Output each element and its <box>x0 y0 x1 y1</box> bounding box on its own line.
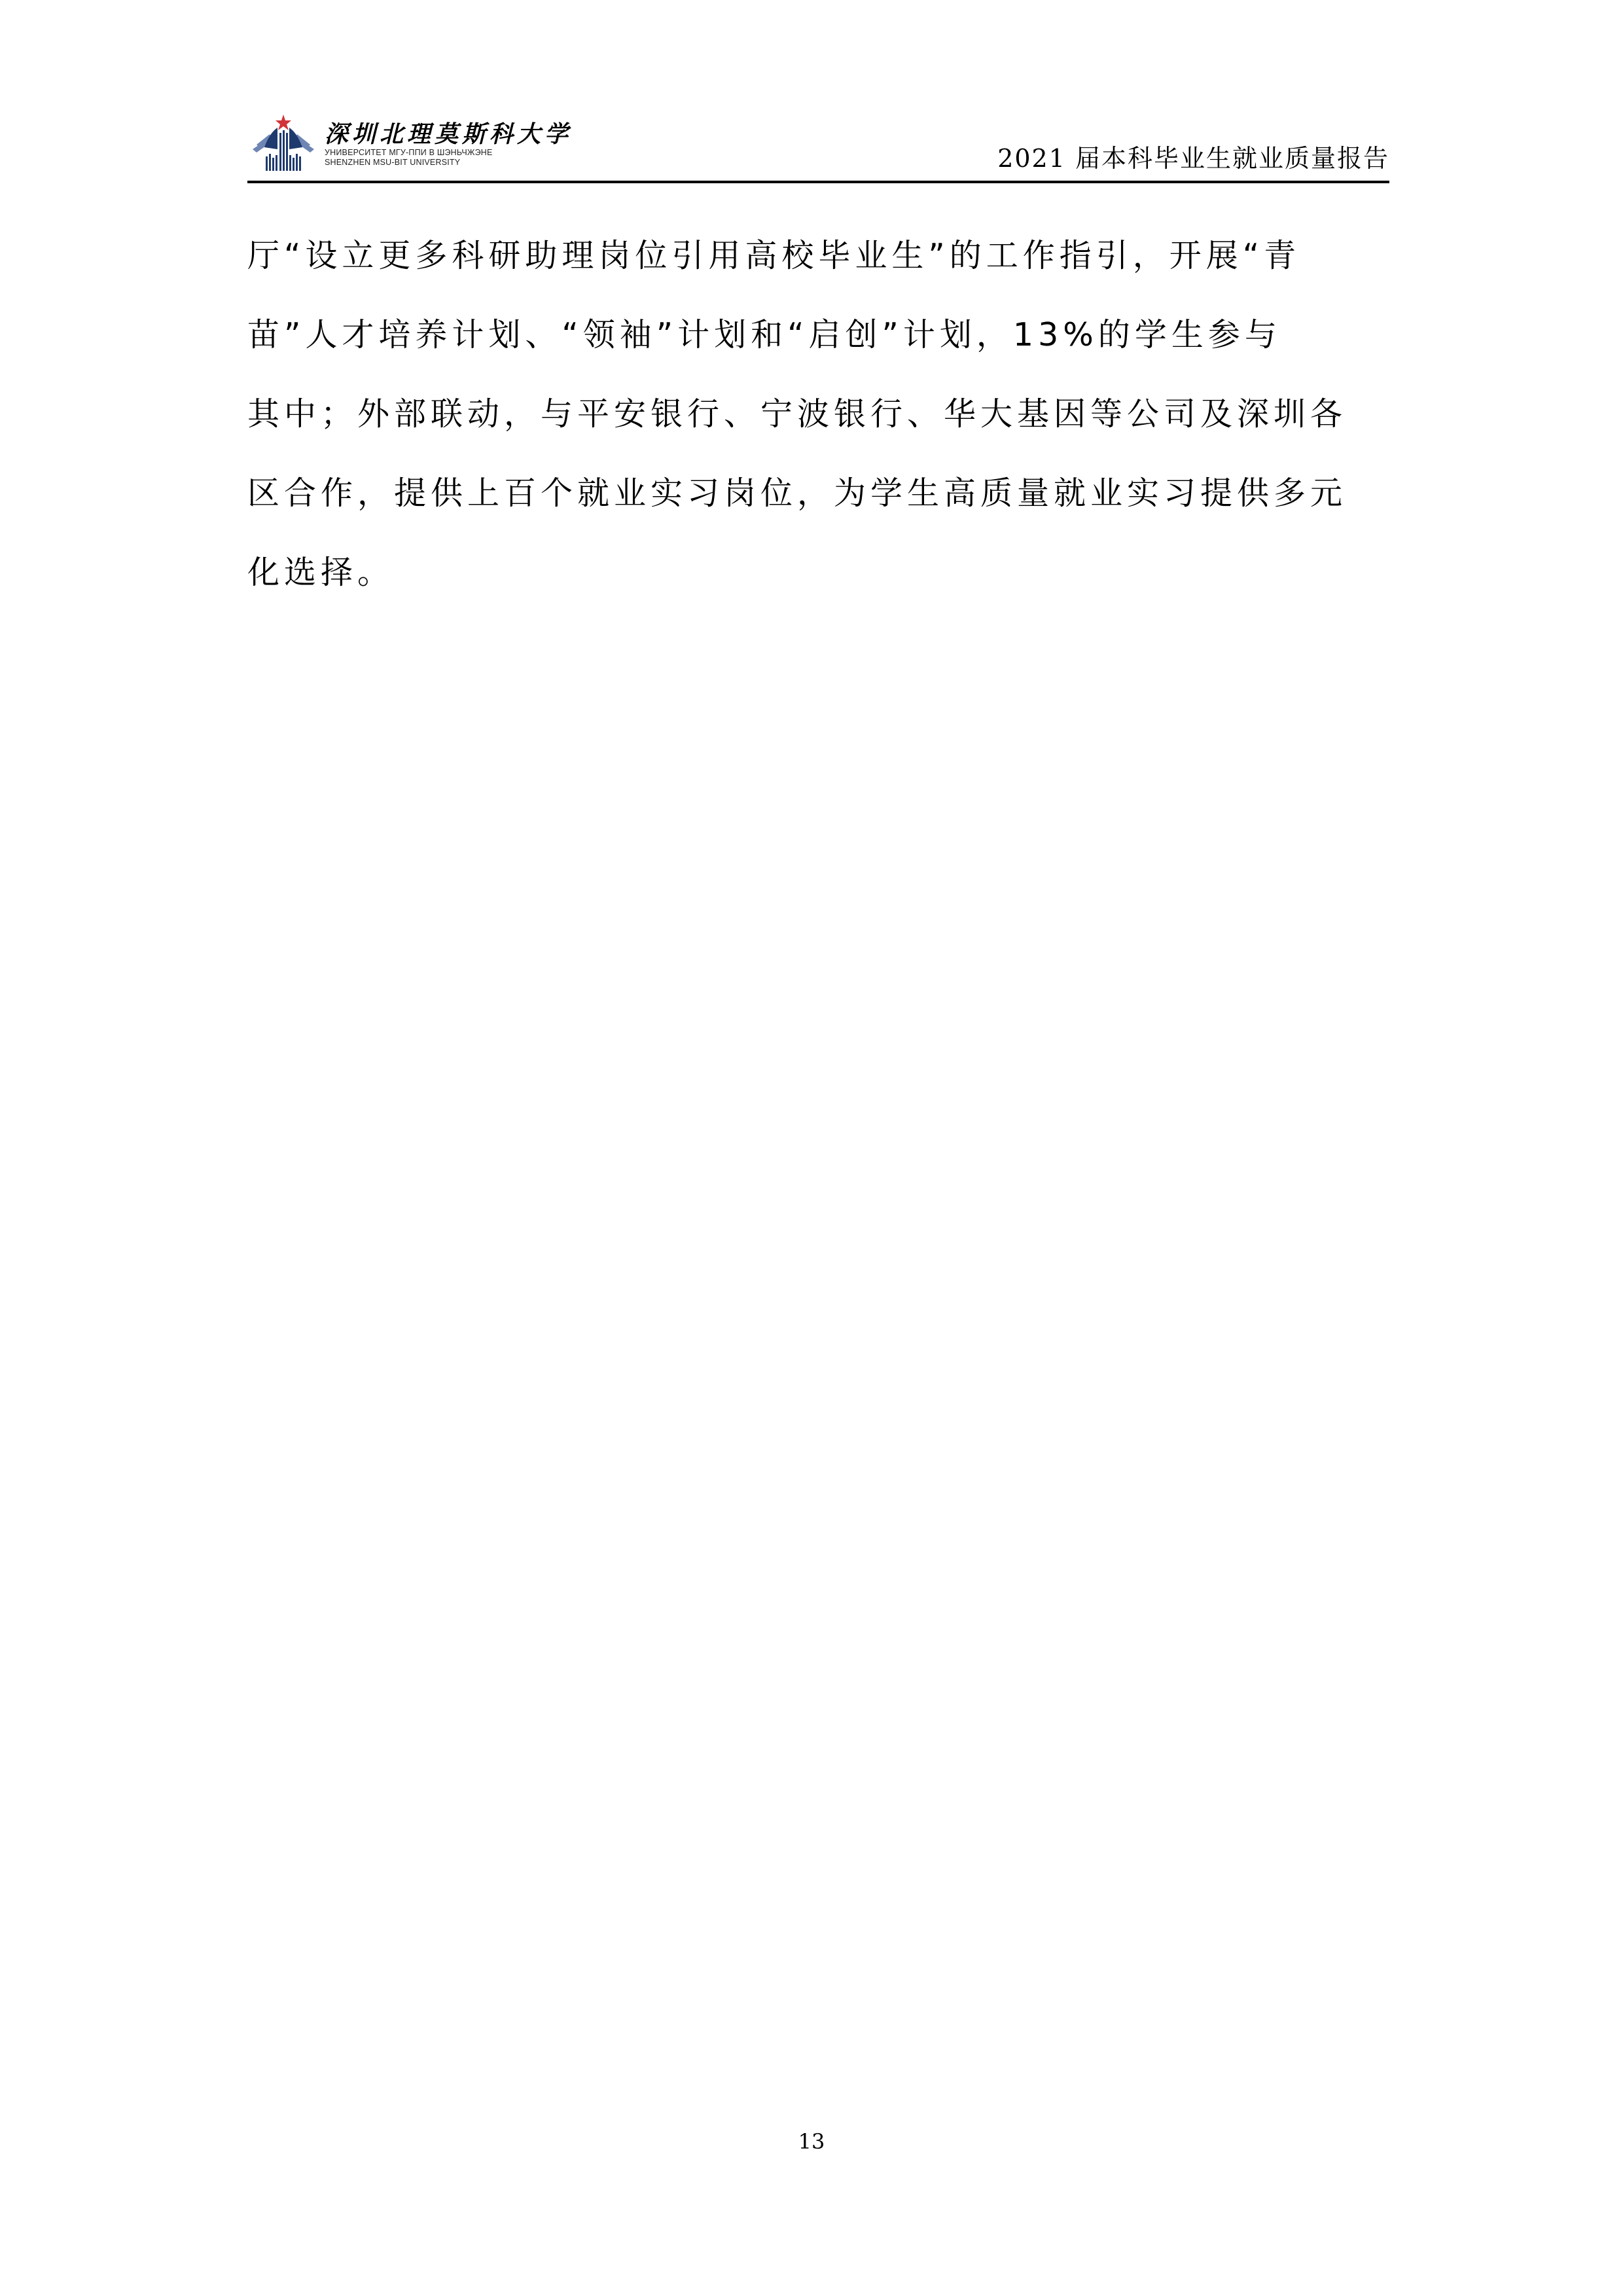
body-paragraph: 厅“设立更多科研助理岗位引用高校毕业生”的工作指引，开展“青 苗”人才培养计划、… <box>247 216 1389 612</box>
header-divider <box>247 181 1389 183</box>
university-name-ru: УНИВЕРСИТЕТ МГУ-ППИ В ШЭНЬЧЖЭНЕ <box>325 148 572 158</box>
body-line: 化选择。 <box>247 533 1389 612</box>
university-name-cn: 深圳北理莫斯科大学 <box>325 120 572 148</box>
page-header: 深圳北理莫斯科大学 УНИВЕРСИТЕТ МГУ-ППИ В ШЭНЬЧЖЭН… <box>247 111 1389 183</box>
logo-text-block: 深圳北理莫斯科大学 УНИВЕРСИТЕТ МГУ-ППИ В ШЭНЬЧЖЭН… <box>325 120 572 168</box>
university-name-en: SHENZHEN MSU-BIT UNIVERSITY <box>325 158 572 168</box>
university-logo: 深圳北理莫斯科大学 УНИВЕРСИТЕТ МГУ-ППИ В ШЭНЬЧЖЭН… <box>247 111 572 177</box>
body-line: 苗”人才培养计划、“领袖”计划和“启创”计划，13%的学生参与 <box>247 295 1389 374</box>
body-line: 厅“设立更多科研助理岗位引用高校毕业生”的工作指引，开展“青 <box>247 216 1389 295</box>
body-line: 区合作，提供上百个就业实习岗位，为学生高质量就业实习提供多元 <box>247 454 1389 533</box>
university-emblem-icon <box>247 113 319 175</box>
body-line: 其中；外部联动，与平安银行、宁波银行、华大基因等公司及深圳各 <box>247 374 1389 454</box>
report-title: 2021 届本科毕业生就业质量报告 <box>997 144 1389 173</box>
page-number: 13 <box>0 2128 1623 2155</box>
